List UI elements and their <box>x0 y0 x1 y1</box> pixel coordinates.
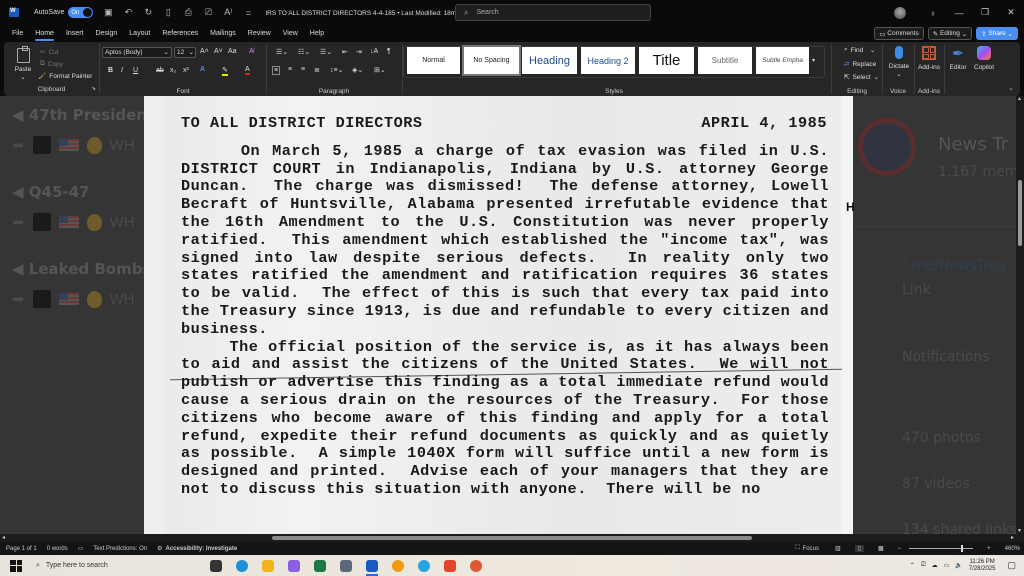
tab-references[interactable]: References <box>162 28 198 39</box>
taskbar-app-copilot-app[interactable] <box>284 556 304 576</box>
replace-label: Replace <box>852 61 876 68</box>
taskbar-app-brave[interactable] <box>440 556 460 576</box>
forward-icon: ➦ <box>12 213 25 231</box>
undo-icon[interactable]: ↶ <box>123 7 133 18</box>
search-icon: ⌕ <box>464 8 468 18</box>
chevron-down-icon: ⌄ <box>164 48 169 57</box>
lightbulb-icon[interactable]: ♁ <box>920 8 946 18</box>
horizontal-scrollbar[interactable]: ◂ ▸ <box>0 534 1024 542</box>
style-title[interactable]: Title <box>639 47 694 74</box>
window-controls: ♁ — ❐ ✕ <box>894 0 1024 25</box>
document-canvas[interactable]: ◀ 47th President ➦WH ◀ Q45-47 ➦WH ◀ Leak… <box>0 96 1016 534</box>
read-aloud-icon[interactable]: A⁾ <box>223 7 233 18</box>
calculator-icon <box>340 560 352 572</box>
minimize-button[interactable]: — <box>946 8 972 18</box>
shrink-font-icon[interactable]: A˅ <box>214 48 223 55</box>
taskbar-search-placeholder: Type here to search <box>46 562 108 569</box>
taskbar-app-calculator[interactable] <box>336 556 356 576</box>
line-spacing-icon[interactable]: ↕≡⌄ <box>330 66 343 74</box>
avatar[interactable] <box>894 7 906 19</box>
accessibility-status[interactable]: Accessibility: Investigate <box>165 546 237 552</box>
subscript-button[interactable]: x₂ <box>170 67 176 74</box>
search-icon: ⌕ <box>36 562 40 570</box>
select-label: Select <box>852 74 870 81</box>
copilot-button[interactable]: Copilot <box>970 46 998 71</box>
dictate-label: Dictate <box>884 63 914 70</box>
scroll-left-icon[interactable]: ◂ <box>2 534 5 542</box>
vertical-scrollbar[interactable]: ▲ ▼ <box>1016 96 1024 534</box>
restore-button[interactable]: ❐ <box>972 7 998 18</box>
underline-button[interactable]: U <box>133 67 138 74</box>
chevron-down-icon: ⌄ <box>189 48 194 57</box>
tab-insert[interactable]: Insert <box>66 28 84 39</box>
browser-icon <box>392 560 404 572</box>
zoom-slider-thumb[interactable] <box>961 545 963 552</box>
chevron-down-icon: ⌄ <box>10 73 36 81</box>
autosave-toggle[interactable]: On <box>68 7 93 18</box>
numbering-icon[interactable]: ☷⌄ <box>298 48 310 56</box>
time: 11:26 PM <box>969 559 996 566</box>
text-predictions[interactable]: Text Predictions: On <box>93 546 147 552</box>
brave-icon <box>444 560 456 572</box>
cursor-marker: H <box>846 200 855 214</box>
zoom-slider[interactable] <box>909 548 973 549</box>
tab-mailings[interactable]: Mailings <box>210 28 236 39</box>
taskbar-search[interactable]: ⌕ Type here to search <box>36 562 196 570</box>
taskbar: ⌕ Type here to search ⌃ ⎚ ☁ ▭ 🔈 11:26 PM… <box>0 555 1024 576</box>
editing-label: Editing <box>940 30 960 37</box>
scrollbar-thumb[interactable] <box>272 536 752 540</box>
page-count[interactable]: Page 1 of 1 <box>6 546 37 552</box>
chevron-down-icon: ⌄ <box>866 46 875 54</box>
file-explorer-icon <box>262 560 274 572</box>
tab-home[interactable]: Home <box>35 28 54 39</box>
copy-icon: ⧉ <box>40 60 45 68</box>
shading-icon[interactable]: ◈⌄ <box>352 66 363 74</box>
superscript-button[interactable]: x² <box>183 67 189 74</box>
replace-icon: ⇄ <box>844 60 849 68</box>
forward-icon: ➦ <box>12 136 25 154</box>
text-effects-icon[interactable]: A <box>200 66 205 73</box>
tab-help[interactable]: Help <box>310 28 324 39</box>
add-ins-button[interactable]: Add-ins <box>914 46 944 71</box>
taskbar-app-excel[interactable] <box>310 556 330 576</box>
align-right-icon[interactable]: ≡ <box>301 66 305 73</box>
paste-label: Paste <box>10 66 36 73</box>
comment-icon: ▭ <box>879 30 887 38</box>
tab-file[interactable]: File <box>12 28 23 39</box>
bg-videos: 87 videos <box>902 476 970 492</box>
bg-notifications: Notifications <box>902 349 990 365</box>
add-ins-group-label: Add-ins <box>914 88 944 95</box>
font-name-select[interactable]: Aptos (Body)⌄ <box>102 47 172 58</box>
style-normal[interactable]: Normal <box>407 47 460 74</box>
forward-icon: ➦ <box>12 290 25 308</box>
search-icon: ⌕ <box>844 46 848 54</box>
print-preview-icon[interactable]: ⎙ <box>183 7 193 18</box>
megaphone-icon: ◀ <box>12 260 29 278</box>
clipboard-group: Paste ⌄ ✂Cut ⧉Copy 🖌Format Painter Clipb… <box>4 44 100 94</box>
format-painter-label: Format Painter <box>49 73 92 80</box>
style-no-spacing[interactable]: No Spacing <box>464 47 519 74</box>
zoom-in-button[interactable]: + <box>987 546 991 552</box>
paragraph-label: Paragraph <box>266 88 402 95</box>
memo-header: TO ALL DISTRICT DIRECTORS APRIL 4, 1985 <box>181 115 829 133</box>
find-button[interactable]: ⌕Find ⌄ <box>844 46 875 54</box>
copy-label: Copy <box>48 61 63 68</box>
share-icon: ⇪ <box>981 30 988 38</box>
taskbar-app-file-explorer[interactable] <box>258 556 278 576</box>
styles-more-icon[interactable]: ▾ <box>812 57 815 64</box>
bg-channel-title: ◀ Q45-47 <box>12 183 90 201</box>
bg-channel-title: ◀ 47th President <box>12 106 154 124</box>
scrollbar-thumb[interactable] <box>1018 180 1022 246</box>
date: 7/28/2025 <box>969 566 996 573</box>
search-placeholder: Search <box>476 9 498 16</box>
word-window: AutoSave On ▣ ↶ ↻ ▯ ⎙ ⎚ A⁾ = IRS TO ALL … <box>0 0 1024 576</box>
find-label: Find <box>851 47 864 54</box>
bold-button[interactable]: B <box>108 67 113 74</box>
replace-button[interactable]: ⇄Replace <box>844 60 876 68</box>
new-doc-icon[interactable]: ▯ <box>163 7 173 18</box>
accessibility-icon: ⚙ <box>157 545 162 552</box>
bg-members: 1,167 mem <box>938 164 1016 180</box>
web-layout-icon[interactable]: ▩ <box>878 545 884 552</box>
add-ins-label: Add-ins <box>914 64 944 71</box>
taskbar-app-word[interactable] <box>362 556 382 576</box>
edge-icon <box>236 560 248 572</box>
change-case-button[interactable]: Aa <box>228 48 237 55</box>
telegram-icon <box>418 560 430 572</box>
bg-channel-preview: ➦WH <box>12 136 135 154</box>
justify-icon[interactable]: ≣ <box>314 66 320 74</box>
page-margin <box>841 96 853 534</box>
memo-recipient: TO ALL DISTRICT DIRECTORS <box>181 115 423 133</box>
taskbar-app-edge[interactable] <box>232 556 252 576</box>
divider <box>944 44 945 94</box>
read-mode-icon[interactable]: ▥ <box>835 545 841 552</box>
clipboard-label: Clipboard <box>4 86 99 93</box>
autosave-label: AutoSave <box>34 9 64 16</box>
borders-icon[interactable]: ⊞⌄ <box>374 66 386 74</box>
format-painter-button[interactable]: 🖌Format Painter <box>38 72 92 80</box>
paste-button[interactable]: Paste ⌄ <box>10 48 36 81</box>
pinned-apps <box>200 556 486 576</box>
meet-icon[interactable]: ⎚ <box>921 562 926 569</box>
paragraph-2: The official position of the service is,… <box>181 339 829 499</box>
focus-icon: ⛶ <box>795 545 799 552</box>
multilevel-list-icon[interactable]: ☰⌄ <box>320 48 332 56</box>
focus-button[interactable]: Focus <box>803 546 819 552</box>
ribbon: Paste ⌄ ✂Cut ⧉Copy 🖌Format Painter Clipb… <box>4 42 1020 96</box>
align-left-icon[interactable]: ≡ <box>272 66 280 75</box>
voice-label: Voice <box>882 88 914 95</box>
italic-button[interactable]: I <box>121 67 123 74</box>
excel-icon <box>314 560 326 572</box>
editor-button[interactable]: ✒ Editor <box>946 46 970 71</box>
microphone-icon <box>895 46 903 59</box>
status-bar: Page 1 of 1 0 words ▭ Text Predictions: … <box>0 542 1024 555</box>
font-label: Font <box>100 88 266 95</box>
add-ins-icon <box>922 46 936 60</box>
channel-logo <box>858 118 916 176</box>
chevron-down-icon: ⌄ <box>960 30 967 38</box>
taskbar-app-browser[interactable] <box>388 556 408 576</box>
paste-icon <box>17 48 30 63</box>
bullets-icon[interactable]: ☰⌄ <box>276 48 288 56</box>
font-color-icon[interactable]: A <box>245 66 250 75</box>
scroll-right-icon[interactable]: ▸ <box>1011 534 1014 542</box>
select-button[interactable]: ⇱Select⌄ <box>844 73 879 81</box>
style-heading[interactable]: Heading <box>522 47 577 74</box>
bg-shared-links: 134 shared links <box>902 522 1016 534</box>
share-button[interactable]: ⇪ Share ⌄ <box>976 27 1018 40</box>
close-button[interactable]: ✕ <box>998 7 1024 18</box>
divider <box>831 44 832 94</box>
increase-indent-icon[interactable]: ⇥ <box>356 48 362 56</box>
word-logo-icon <box>9 8 19 17</box>
grow-font-icon[interactable]: A˄ <box>200 48 209 55</box>
share-label: Share <box>988 30 1005 37</box>
word-count[interactable]: 0 words <box>47 546 68 552</box>
redo-icon[interactable]: ↻ <box>143 7 153 18</box>
bg-group-name: News Tr <box>938 134 1008 155</box>
dictate-button[interactable]: Dictate ⌄ <box>884 46 914 78</box>
tab-layout[interactable]: Layout <box>129 28 150 39</box>
bg-channel-preview: ➦WH <box>12 213 135 231</box>
style-subtitle[interactable]: Subtitle <box>698 47 752 74</box>
copy-button[interactable]: ⧉Copy <box>40 60 63 68</box>
taskbar-app-duckduckgo[interactable] <box>466 556 486 576</box>
chevron-down-icon: ⌄ <box>1006 30 1013 38</box>
cut-button[interactable]: ✂Cut <box>40 48 59 56</box>
bg-channel-title: ◀ Leaked Bombs <box>12 260 151 278</box>
chevron-down-icon: ⌄ <box>874 73 879 81</box>
editor-pen-icon: ✒ <box>946 46 970 61</box>
divider <box>882 44 883 94</box>
ribbon-tabs: File Home Insert Design Layout Reference… <box>0 25 1024 42</box>
taskbar-app-task-view[interactable] <box>206 556 226 576</box>
word-icon <box>366 560 378 572</box>
dialog-launcher-icon[interactable]: ⬊ <box>92 86 96 92</box>
start-button[interactable] <box>10 560 22 572</box>
tab-review[interactable]: Review <box>248 28 271 39</box>
chevron-up-icon[interactable]: ⌃ <box>910 562 915 569</box>
divider <box>266 44 267 94</box>
autosave-state: On <box>71 10 79 16</box>
editing-mode-button[interactable]: ✎ Editing ⌄ <box>928 27 972 40</box>
onedrive-icon[interactable]: ☁ <box>932 562 938 569</box>
chevron-down-icon: ⌄ <box>884 70 914 78</box>
zoom-level[interactable]: 460% <box>1005 546 1020 552</box>
font-size-value: 12 <box>177 49 184 56</box>
cut-label: Cut <box>48 49 58 56</box>
align-center-icon[interactable]: ≡ <box>288 66 292 73</box>
copilot-label: Copilot <box>970 64 998 71</box>
tab-view[interactable]: View <box>283 28 298 39</box>
sort-icon[interactable]: ↓A <box>370 48 378 55</box>
clock[interactable]: 11:26 PM 7/28/2025 <box>969 559 996 573</box>
styles-label: Styles <box>403 88 825 95</box>
document-title[interactable]: IRS TO ALL DISTRICT DIRECTORS 4-4-185 • … <box>265 9 476 17</box>
comments-label: Comments <box>887 30 918 37</box>
clear-formatting-icon[interactable]: A̸ <box>249 48 254 55</box>
font-name-value: Aptos (Body) <box>105 49 143 56</box>
strikethrough-button[interactable]: ab <box>156 67 164 74</box>
network-icon[interactable]: ▭ <box>944 562 950 569</box>
pilcrow-icon[interactable]: ¶ <box>387 48 391 55</box>
style-heading-2[interactable]: Heading 2 <box>581 47 635 74</box>
megaphone-icon: ◀ <box>12 106 29 124</box>
editor-label: Editor <box>946 64 970 71</box>
bg-photos: 470 photos <box>902 430 981 446</box>
editing-group-label: Editing <box>832 88 882 95</box>
divider <box>854 226 1016 227</box>
font-size-select[interactable]: 12⌄ <box>174 47 196 58</box>
tab-design[interactable]: Design <box>95 28 117 39</box>
bg-link-label: Link <box>902 282 931 298</box>
document-body[interactable]: TO ALL DISTRICT DIRECTORS APRIL 4, 1985 … <box>181 115 829 499</box>
pencil-icon: ✎ <box>933 30 940 38</box>
highlight-color-icon[interactable]: ✎ <box>222 66 228 76</box>
scroll-up-icon[interactable]: ▲ <box>1017 96 1022 102</box>
duckduckgo-icon <box>470 560 482 572</box>
decrease-indent-icon[interactable]: ⇤ <box>342 48 348 56</box>
megaphone-icon: ◀ <box>12 183 29 201</box>
style-subtle-emphasis[interactable]: Subtle Empha <box>756 47 809 74</box>
notification-icon[interactable]: ▢ <box>1007 560 1016 571</box>
save-icon[interactable]: ▣ <box>103 7 113 18</box>
comments-button[interactable]: ▭ Comments <box>874 27 923 40</box>
copilot-app-icon <box>288 560 300 572</box>
print-layout-icon[interactable]: ▯ <box>855 545 864 552</box>
proofing-icon[interactable]: ▭ <box>78 545 84 552</box>
cursor-icon: ⇱ <box>844 73 849 81</box>
customize-icon[interactable]: = <box>243 8 253 18</box>
toggle-knob <box>83 8 92 17</box>
taskbar-app-telegram[interactable] <box>414 556 434 576</box>
print-icon[interactable]: ⎚ <box>203 7 213 18</box>
brush-icon: 🖌 <box>38 72 46 80</box>
collapse-ribbon-icon[interactable]: ⌄ <box>1008 84 1014 92</box>
task-view-icon <box>210 560 222 572</box>
paragraph-1: On March 5, 1985 a charge of tax evasion… <box>181 143 829 339</box>
volume-icon[interactable]: 🔈 <box>955 562 962 569</box>
zoom-out-button[interactable]: − <box>898 546 902 552</box>
copilot-icon <box>977 46 991 60</box>
system-tray: ⌃ ⎚ ☁ ▭ 🔈 11:26 PM 7/28/2025 ▢ <box>910 555 1016 576</box>
search-input[interactable]: ⌕ Search <box>455 4 651 21</box>
bg-link: t.me/NewsTrea <box>902 258 1006 274</box>
bg-channel-preview: ➦WH <box>12 290 135 308</box>
memo-date: APRIL 4, 1985 <box>701 115 827 133</box>
scissors-icon: ✂ <box>40 48 45 56</box>
title-bar: AutoSave On ▣ ↶ ↻ ▯ ⎙ ⎚ A⁾ = IRS TO ALL … <box>0 0 1024 25</box>
